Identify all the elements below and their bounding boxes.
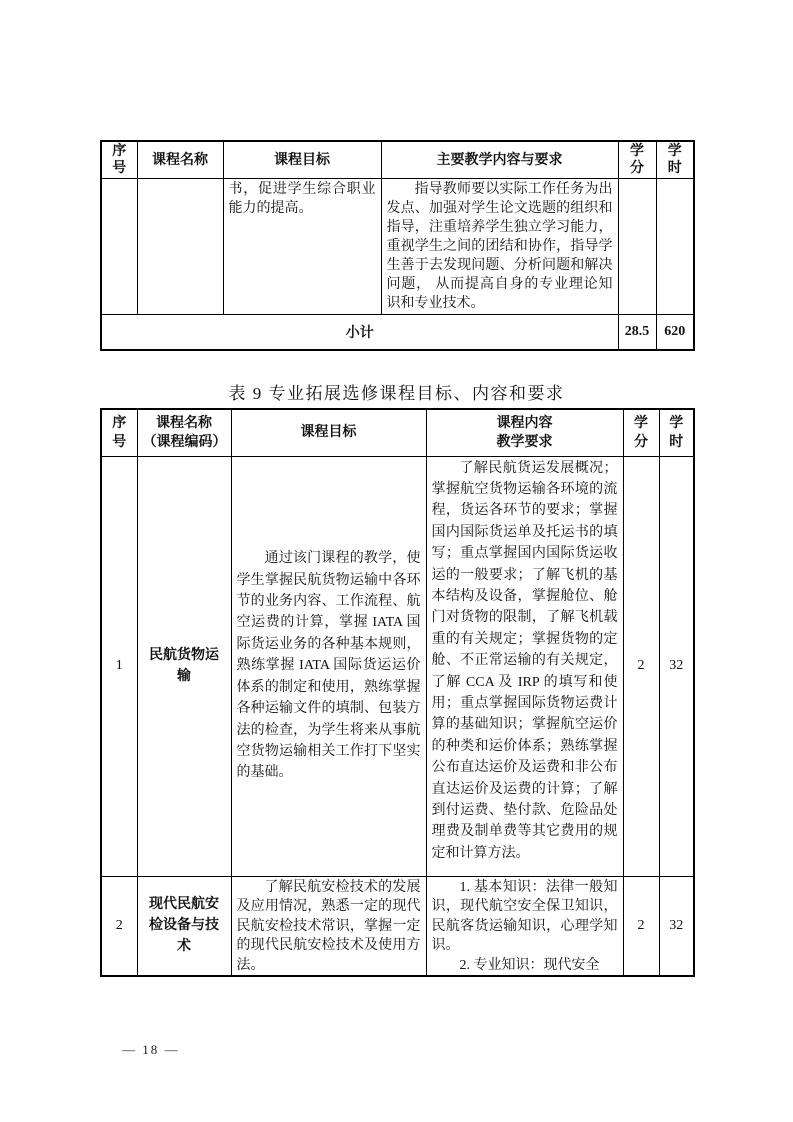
course1-content: 了解民航货运发展概况；掌握航空货物运输各环境的流程，货运各环节的要求；掌握国内国… [426,456,623,876]
document-page: 序 号 课程名称 课程目标 主要教学内容与要求 学 分 学 时 书，促进学生综合… [0,0,793,1122]
course1-name: 民航货物运输 [137,456,231,876]
table1-continued-row: 书，促进学生综合职业能力的提高。 指导教师要以实际工作任务为出发点、加强对学生论… [101,179,694,315]
table1-row-seq-cell [101,179,137,315]
table1-header-content: 主要教学内容与要求 [381,141,618,179]
page-number: — 18 — [122,1042,180,1058]
table2-header-seq: 序 号 [101,409,137,456]
course1-credits: 2 [623,456,659,876]
table2-header-course-name: 课程名称 （课程编码） [137,409,231,456]
table1-subtotal-credits: 28.5 [618,315,656,350]
table1-subtotal-hours: 620 [656,315,694,350]
table1-row-name-cell [137,179,223,315]
table1-header-hours: 学 时 [656,141,694,179]
table1-header-course-name: 课程名称 [137,141,223,179]
table1-header-objective: 课程目标 [223,141,381,179]
table1-row-hours-cell [656,179,694,315]
table2-header-row: 序 号 课程名称 （课程编码） 课程目标 课程内容 教学要求 学 分 学 时 [101,409,694,456]
course1-objective: 通过该门课程的教学，使学生掌握民航货物运输中各环节的业务内容、工作流程、航空运费… [231,456,426,876]
table1-row-objective-cell: 书，促进学生综合职业能力的提高。 [223,179,381,315]
table2-header-hours: 学 时 [659,409,694,456]
course2-content: 1. 基本知识：法律一般知识，现代航空安全保卫知识，民航客货运输知识，心理学知识… [432,878,618,974]
table2-title: 表 9 专业拓展选修课程目标、内容和要求 [100,379,693,404]
table1-subtotal-row: 小计 28.5 620 [101,315,694,350]
course2-credits: 2 [623,876,659,976]
table1-row-content-cell: 指导教师要以实际工作任务为出发点、加强对学生论文选题的组织和指导，注重培养学生独… [381,179,618,315]
table2-header-content: 课程内容 教学要求 [426,409,623,456]
course1-hours: 32 [659,456,694,876]
table1-subtotal-label: 小计 [101,315,618,350]
course2-seq: 2 [101,876,137,976]
course1-seq: 1 [101,456,137,876]
course2-content-cell: 1. 基本知识：法律一般知识，现代航空安全保卫知识，民航客货运输知识，心理学知识… [426,876,623,976]
elective-course-table: 序 号 课程名称 （课程编码） 课程目标 课程内容 教学要求 学 分 学 时 1… [100,408,695,977]
course-row-air-cargo: 1 民航货物运输 通过该门课程的教学，使学生掌握民航货物运输中各环节的业务内容、… [101,456,694,876]
course-table-continued: 序 号 课程名称 课程目标 主要教学内容与要求 学 分 学 时 书，促进学生综合… [100,140,695,351]
table1-header-row: 序 号 课程名称 课程目标 主要教学内容与要求 学 分 学 时 [101,141,694,179]
course2-objective-cell: 了解民航安检技术的发展及应用情况，熟悉一定的现代民航安检技术常识，掌握一定的现代… [231,876,426,976]
table1-header-credits: 学 分 [618,141,656,179]
table1-header-seq: 序 号 [101,141,137,179]
course2-content-paragraph-2: 2. 专业知识：现代安全 [432,956,618,974]
course2-hours: 32 [659,876,694,976]
course2-name: 现代民航安检设备与技术 [137,876,231,976]
course2-objective: 了解民航安检技术的发展及应用情况，熟悉一定的现代民航安检技术常识，掌握一定的现代… [237,878,421,974]
course2-content-paragraph-1: 1. 基本知识：法律一般知识，现代航空安全保卫知识，民航客货运输知识，心理学知识… [432,878,618,956]
table2-header-objective: 课程目标 [231,409,426,456]
table2-header-credits: 学 分 [623,409,659,456]
table1-row-credits-cell [618,179,656,315]
course-row-security-equipment: 2 现代民航安检设备与技术 了解民航安检技术的发展及应用情况，熟悉一定的现代民航… [101,876,694,976]
